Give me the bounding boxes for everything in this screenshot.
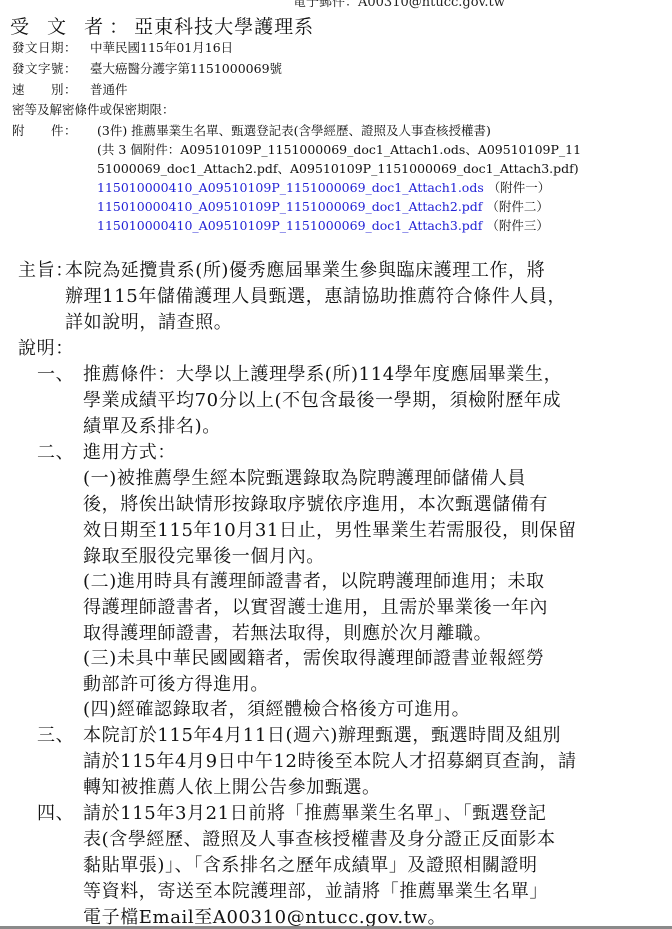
recipient-line: 受 文 者：亞東科技大學護理系 (10, 12, 314, 39)
urgency-field: 速 別：普通件 (12, 79, 128, 100)
explanation-item-3: 本院訂於115年4月11日(週六)辦理甄選，甄選時間及組別 請於115年4月9日… (83, 723, 577, 801)
subitem-line: (二)進用時具有護理師證書者，以院聘護理師進用；未取 (83, 569, 548, 595)
explanation-item-4: 請於115年3月21日前將「推薦畢業生名單」、「甄選登記 表(含學經歷、證照及人… (83, 801, 556, 929)
attachment-link-2[interactable]: 115010000410_A09510109P_1151000069_doc1_… (97, 199, 482, 214)
subitem-line: 動部許可後方得進用。 (83, 672, 545, 698)
field-value: (3件) 推薦畢業生名單、甄選登記表(含學經歷、證照及人事查核授權書) (97, 123, 491, 138)
item-line: 請於115年4月9日中午12時後至本院人才招募網頁查詢，請 (83, 749, 577, 775)
attachment-link-row: 115010000410_A09510109P_1151000069_doc1_… (97, 178, 550, 197)
attachment-link-1[interactable]: 115010000410_A09510109P_1151000069_doc1_… (97, 180, 484, 195)
item-line: 績單及系排名)。 (83, 414, 562, 440)
subitem-line: (一)被推薦學生經本院甄選錄取為院聘護理師儲備人員 (83, 466, 577, 492)
subitem-line: 效日期至115年10月31日止，男性畢業生若需服役，則保留 (83, 518, 577, 544)
explanation-item-1: 推薦條件：大學以上護理學系(所)114學年度應屆畢業生， 學業成績平均70分以上… (83, 362, 562, 440)
attachment-link-3[interactable]: 115010000410_A09510109P_1151000069_doc1_… (97, 218, 482, 233)
document-number-field: 發文字號：臺大癌醫分護字第1151000069號 (12, 58, 282, 79)
subject-line: 詳如說明，請查照。 (65, 310, 566, 336)
attachment-link-row: 115010000410_A09510109P_1151000069_doc1_… (97, 216, 549, 235)
attachment-summary-line: 51000069_doc1_Attach2.pdf、A09510109P_115… (97, 159, 579, 178)
attachments-field: 附 件：(3件) 推薦畢業生名單、甄選登記表(含學經歷、證照及人事查核授權書) (12, 120, 491, 141)
recipient-label: 受 文 者： (10, 16, 134, 38)
item-line: 推薦條件：大學以上護理學系(所)114學年度應屆畢業生， (83, 362, 562, 388)
field-value: 臺大癌醫分護字第1151000069號 (90, 61, 282, 76)
subitem-line: 後，將俟出缺情形按錄取序號依序進用，本次甄選儲備有 (83, 492, 577, 518)
item-number: 二、 (37, 440, 74, 466)
field-value: 中華民國115年01月16日 (90, 40, 233, 55)
field-label: 附 件： (12, 120, 90, 141)
issue-date-field: 發文日期：中華民國115年01月16日 (12, 37, 233, 58)
subitem-line: 取得護理師證書，若無法取得，則應於次月離職。 (83, 621, 548, 647)
attachment-link-row: 115010000410_A09510109P_1151000069_doc1_… (97, 197, 549, 216)
attachment-tag: （附件三） (486, 218, 549, 233)
item-line: 轉知被推薦人依上開公告參加甄選。 (83, 775, 577, 801)
item-line: 本院訂於115年4月11日(週六)辦理甄選，甄選時間及組別 (83, 723, 577, 749)
field-value: 普通件 (90, 82, 128, 97)
item-line: 請於115年3月21日前將「推薦畢業生名單」、「甄選登記 (83, 801, 556, 827)
subitem-2: (二)進用時具有護理師證書者，以院聘護理師進用；未取 得護理師證書者，以實習護士… (83, 569, 548, 647)
item-line: 學業成績平均70分以上(不包含最後一學期，須檢附歷年成 (83, 388, 562, 414)
subitem-line: (四)經確認錄取者，須經體檢合格後方可進用。 (83, 697, 470, 723)
sender-email-cut: 電子郵件：A00310@ntucc.gov.tw (293, 0, 505, 10)
field-label: 速 別： (12, 79, 90, 100)
item-line: 表(含學經歷、證照及人事查核授權書及身分證正反面影本 (83, 827, 556, 853)
subitem-line: (三)未具中華民國國籍者，需俟取得護理師證書並報經勞 (83, 646, 545, 672)
item-line: 進用方式： (83, 440, 176, 466)
subject-line: 辦理115年儲備護理人員甄選，惠請協助推薦符合條件人員， (65, 284, 566, 310)
field-label: 密等及解密條件或保密期限： (12, 102, 175, 117)
subject-body: 本院為延攬貴系(所)優秀應屆畢業生參與臨床護理工作，將 辦理115年儲備護理人員… (65, 258, 566, 336)
field-label: 發文字號： (12, 58, 90, 79)
subitem-4: (四)經確認錄取者，須經體檢合格後方可進用。 (83, 697, 470, 723)
explanation-item-2: 進用方式： (83, 440, 176, 466)
recipient-name: 亞東科技大學護理系 (134, 16, 314, 38)
attachment-summary-line: (共 3 個附件：A09510109P_1151000069_doc1_Atta… (97, 140, 581, 159)
subitem-line: 錄取至服役完畢後一個月內。 (83, 544, 577, 570)
item-line: 黏貼單張)」、「含系排名之歷年成績單」及證照相關證明 (83, 853, 556, 879)
field-label: 發文日期： (12, 37, 90, 58)
attachment-tag: （附件一） (488, 180, 551, 195)
item-number: 三、 (37, 723, 74, 749)
subitem-line: 得護理師證書者，以實習護士進用，且需於畢業後一年內 (83, 595, 548, 621)
subitem-3: (三)未具中華民國國籍者，需俟取得護理師證書並報經勞 動部許可後方得進用。 (83, 646, 545, 698)
classification-field: 密等及解密條件或保密期限： (12, 99, 175, 120)
subitem-1: (一)被推薦學生經本院甄選錄取為院聘護理師儲備人員 後，將俟出缺情形按錄取序號依… (83, 466, 577, 570)
item-number: 四、 (37, 801, 74, 827)
item-number: 一、 (37, 362, 74, 388)
attachment-tag: （附件二） (486, 199, 549, 214)
subject-line: 本院為延攬貴系(所)優秀應屆畢業生參與臨床護理工作，將 (65, 258, 566, 284)
explanation-label: 說明： (18, 336, 74, 362)
item-line: 等資料，寄送至本院護理部，並請將「推薦畢業生名單」 (83, 879, 556, 905)
